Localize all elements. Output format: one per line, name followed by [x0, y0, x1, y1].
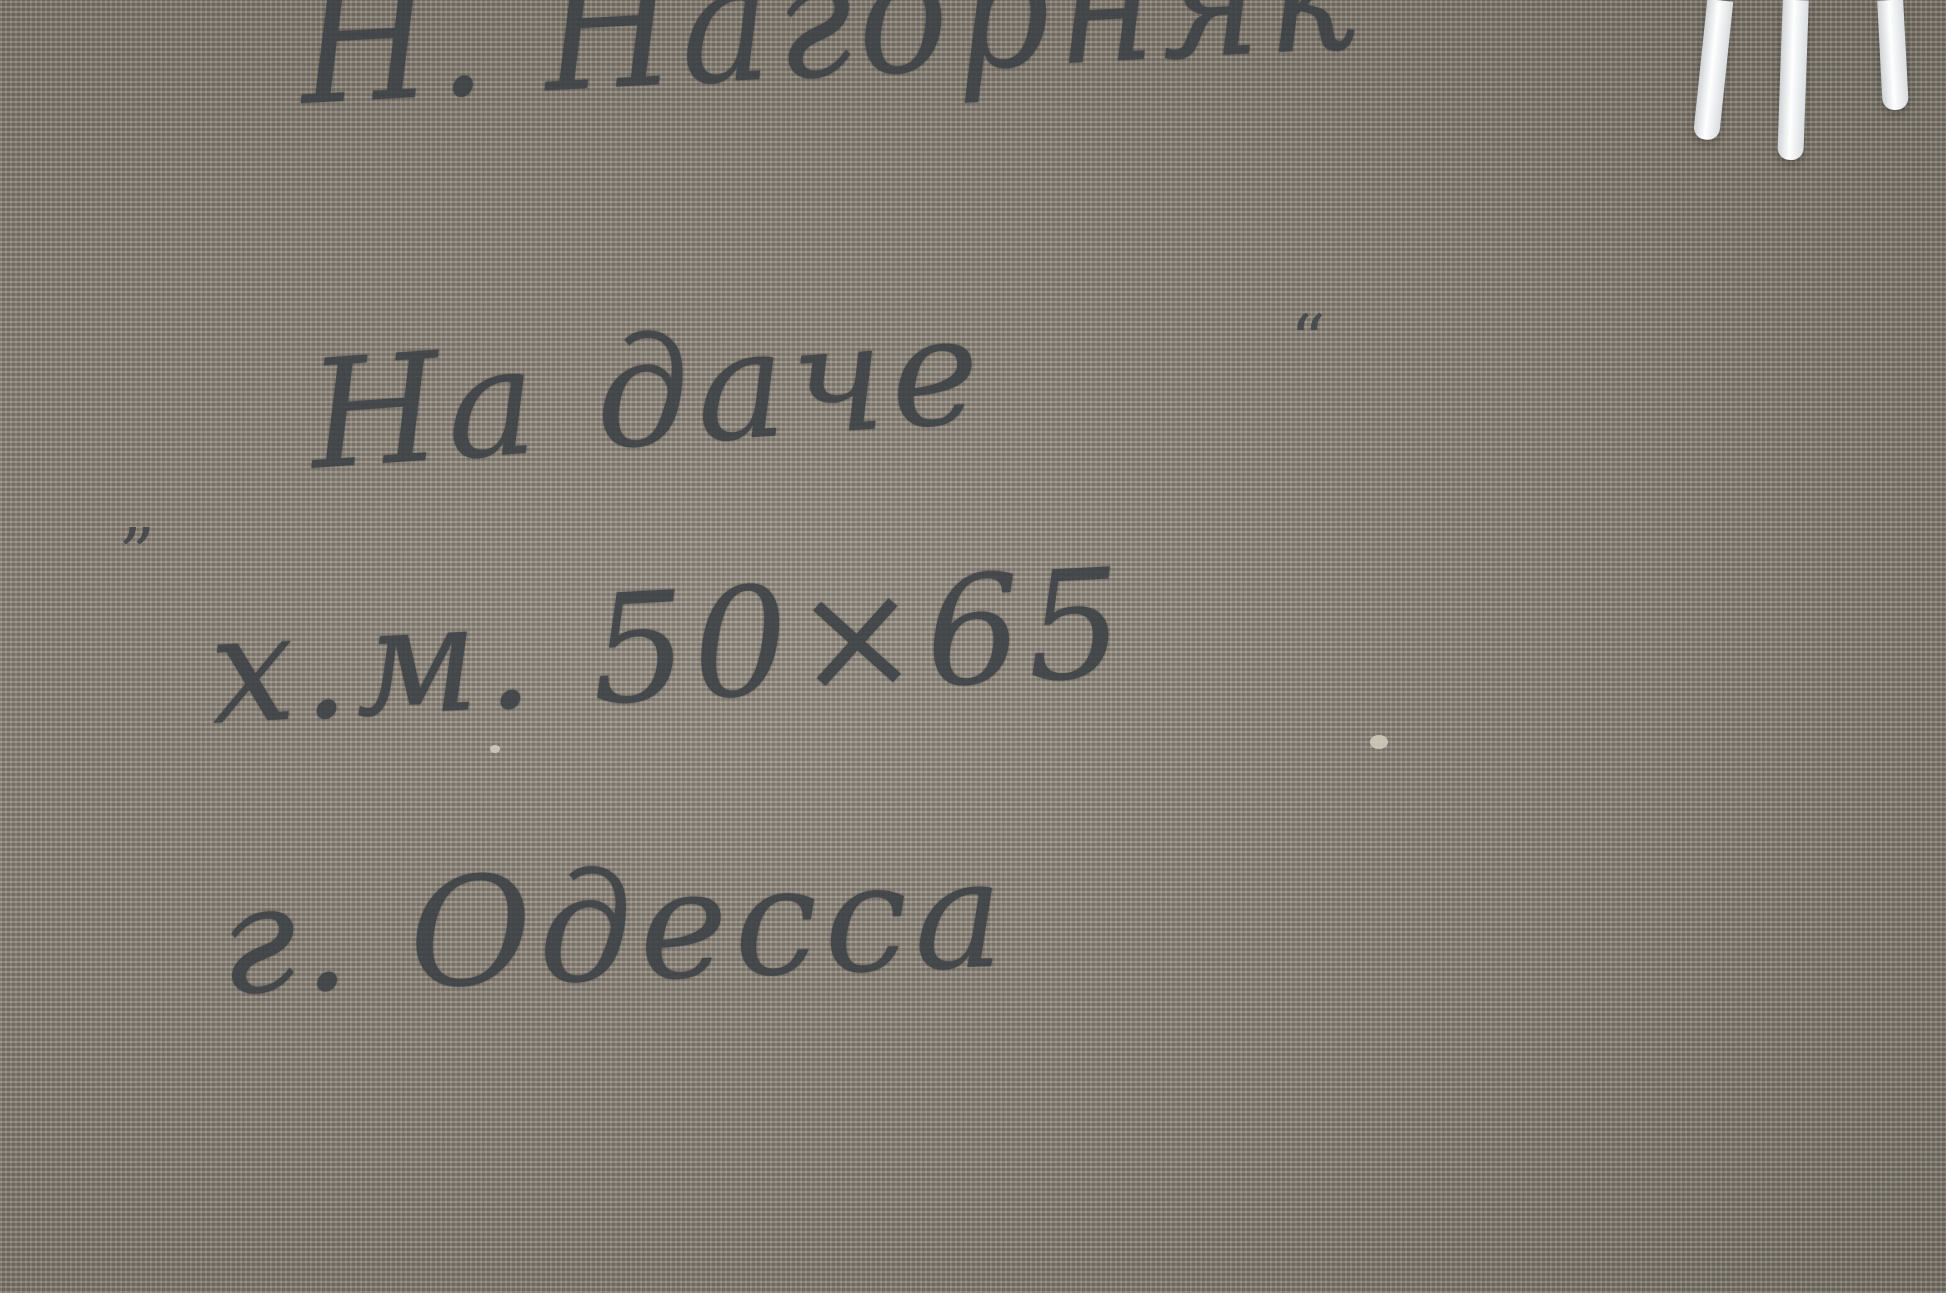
quote-open: „	[120, 470, 156, 552]
artist-name: Н. Нагорняк	[295, 0, 1366, 143]
white-thread	[1777, 0, 1809, 160]
canvas-lint	[1370, 735, 1388, 749]
painting-title: На даче	[304, 283, 991, 504]
white-thread	[1693, 0, 1733, 141]
canvas-back: Н. Нагорняк „ На даче “ х.м. 50×65 г. Од…	[0, 0, 1946, 1293]
canvas-lint	[490, 745, 500, 753]
medium-and-size: х.м. 50×65	[205, 537, 1132, 759]
quote-close: “	[1290, 300, 1326, 382]
city: г. Одесса	[217, 828, 1012, 1029]
white-thread	[1877, 0, 1909, 111]
